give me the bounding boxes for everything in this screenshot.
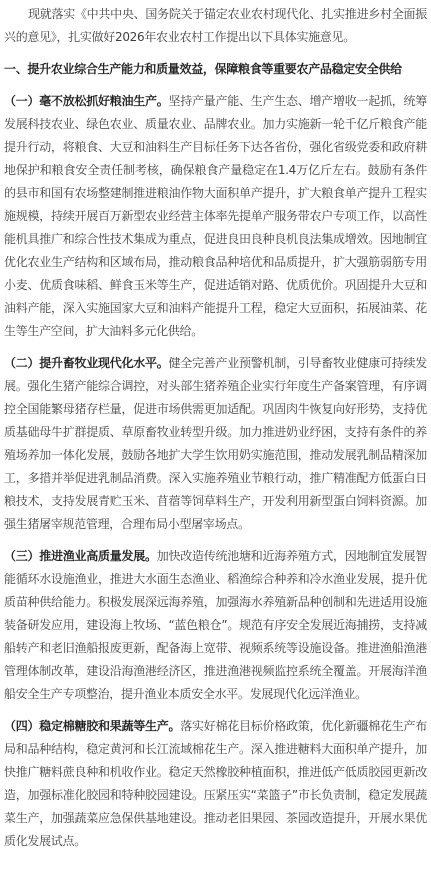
item-paragraph-3: （三）推进渔业高质量发展。加快改造传统池塘和近海养殖方式，因地制宜发展智能循环水… (4, 545, 427, 706)
item-paragraph-2: （二）提升畜牧业现代化水平。健全完善产业预警机制，引导畜牧业健康可持续发展。强化… (4, 352, 427, 536)
item-paragraph-4: （四）稳定棉糖胶和果蔬等生产。落实好棉花目标价格政策，优化新疆棉花生产布局和品种… (4, 715, 427, 853)
paragraph-lead-bold: （二）提升畜牧业现代化水平。 (4, 356, 169, 370)
paragraph-text: 现就落实《中共中央、国务院关于锚定农业农村现代化、扎实推进乡村全面振兴的意见》，… (4, 7, 427, 44)
paragraph-text: 加快改造传统池塘和近海养殖方式，因地制宜发展智能循环水设施渔业，推进大水面生态渔… (4, 549, 427, 701)
intro-paragraph: 现就落实《中共中央、国务院关于锚定农业农村现代化、扎实推进乡村全面振兴的意见》，… (4, 3, 427, 49)
paragraph-lead-bold: （一）毫不放松抓好粮油生产。 (4, 94, 169, 108)
paragraph-lead-bold: （四）稳定棉糖胶和果蔬等生产。 (4, 719, 180, 733)
document-body: 现就落实《中共中央、国务院关于锚定农业农村现代化、扎实推进乡村全面振兴的意见》，… (0, 0, 431, 870)
section-heading-1: 一、提升农业综合生产能力和质量效益，保障粮食等重要农产品稳定安全供给 (4, 58, 427, 81)
paragraph-lead-bold: （三）推进渔业高质量发展。 (4, 549, 157, 563)
paragraph-text: 健全完善产业预警机制，引导畜牧业健康可持续发展。强化生猪产能综合调控，对头部生猪… (4, 356, 427, 531)
paragraph-text: 坚持产量产能、生产生态、增产增收一起抓，统筹发展科技农业、绿色农业、质量农业、品… (4, 94, 427, 338)
paragraph-lead-bold: 一、提升农业综合生产能力和质量效益，保障粮食等重要农产品稳定安全供给 (4, 62, 402, 76)
paragraph-text: 落实好棉花目标价格政策，优化新疆棉花生产布局和品种结构，稳定黄河和长江流域棉花生… (4, 719, 427, 848)
item-paragraph-1: （一）毫不放松抓好粮油生产。坚持产量产能、生产生态、增产增收一起抓，统筹发展科技… (4, 90, 427, 343)
